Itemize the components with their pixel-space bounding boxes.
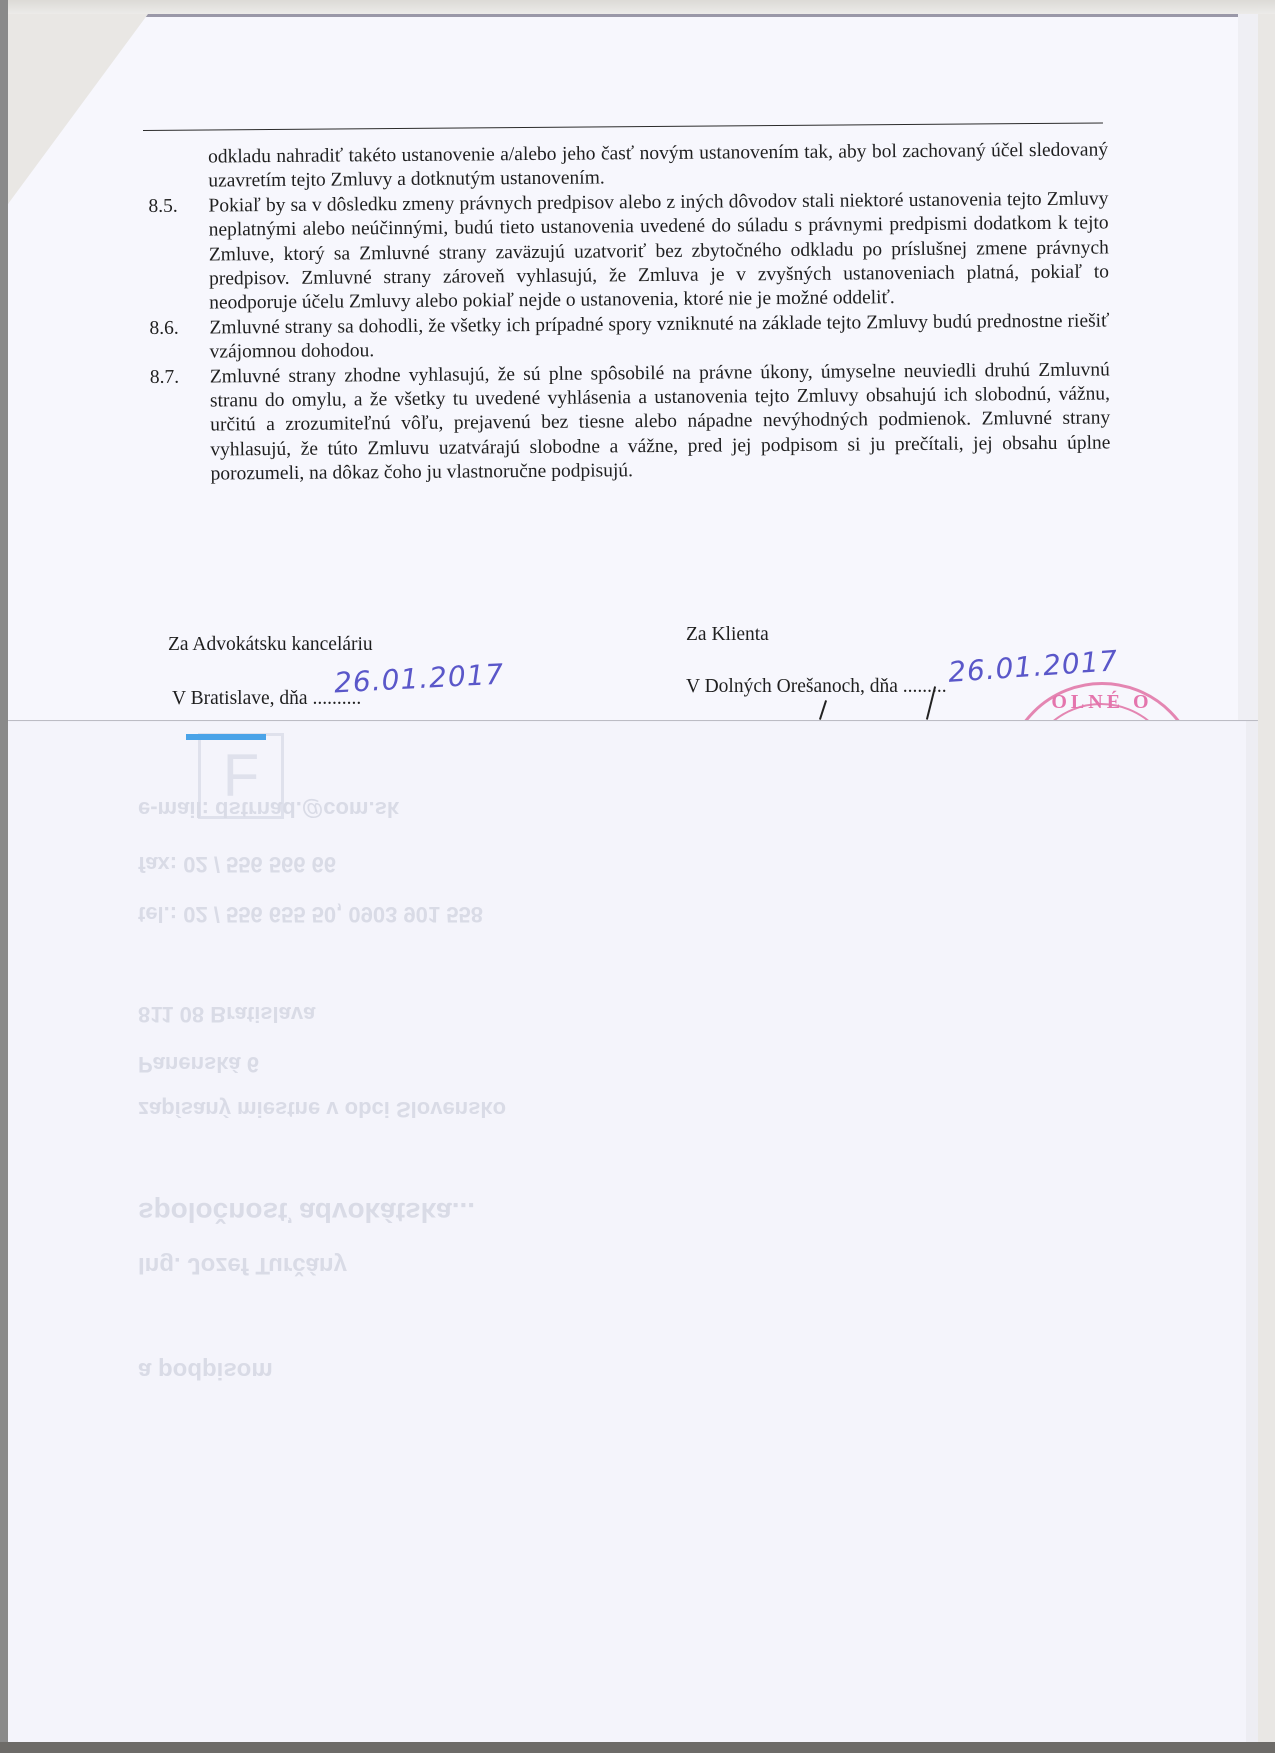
show-through-text: fax: 02 / 556 566 66 [138,851,336,877]
show-through-text: spoločnosť advokátska... [138,1196,475,1228]
show-through-text: zapísaný miestne v obci Slovensko [138,1096,506,1122]
stamp-clip: OLNÉ O [0,0,1275,720]
scanner-edge-left [0,0,8,1753]
official-stamp: OLNÉ O [1004,682,1200,720]
lower-page: F e-mail: dstrnad.@com.sk fax: 02 / 556 … [8,720,1258,1743]
page-edge [1246,721,1258,1743]
show-through-text: a podpisom [138,1356,273,1384]
show-through-text: Ing. Jozef Turčány [138,1251,347,1279]
show-through-text: Panenská 6 [138,1051,259,1077]
show-through-text: 811 08 Bratislava [138,1001,315,1027]
show-through-text: tel.: 02 / 556 655 50, 0903 901 558 [138,901,483,927]
stamp-text: OLNÉ O [1007,691,1197,714]
blue-tab-marker [186,734,266,740]
show-through-text: e-mail: dstrnad.@com.sk [138,796,399,822]
scanner-edge-bottom [0,1742,1275,1753]
